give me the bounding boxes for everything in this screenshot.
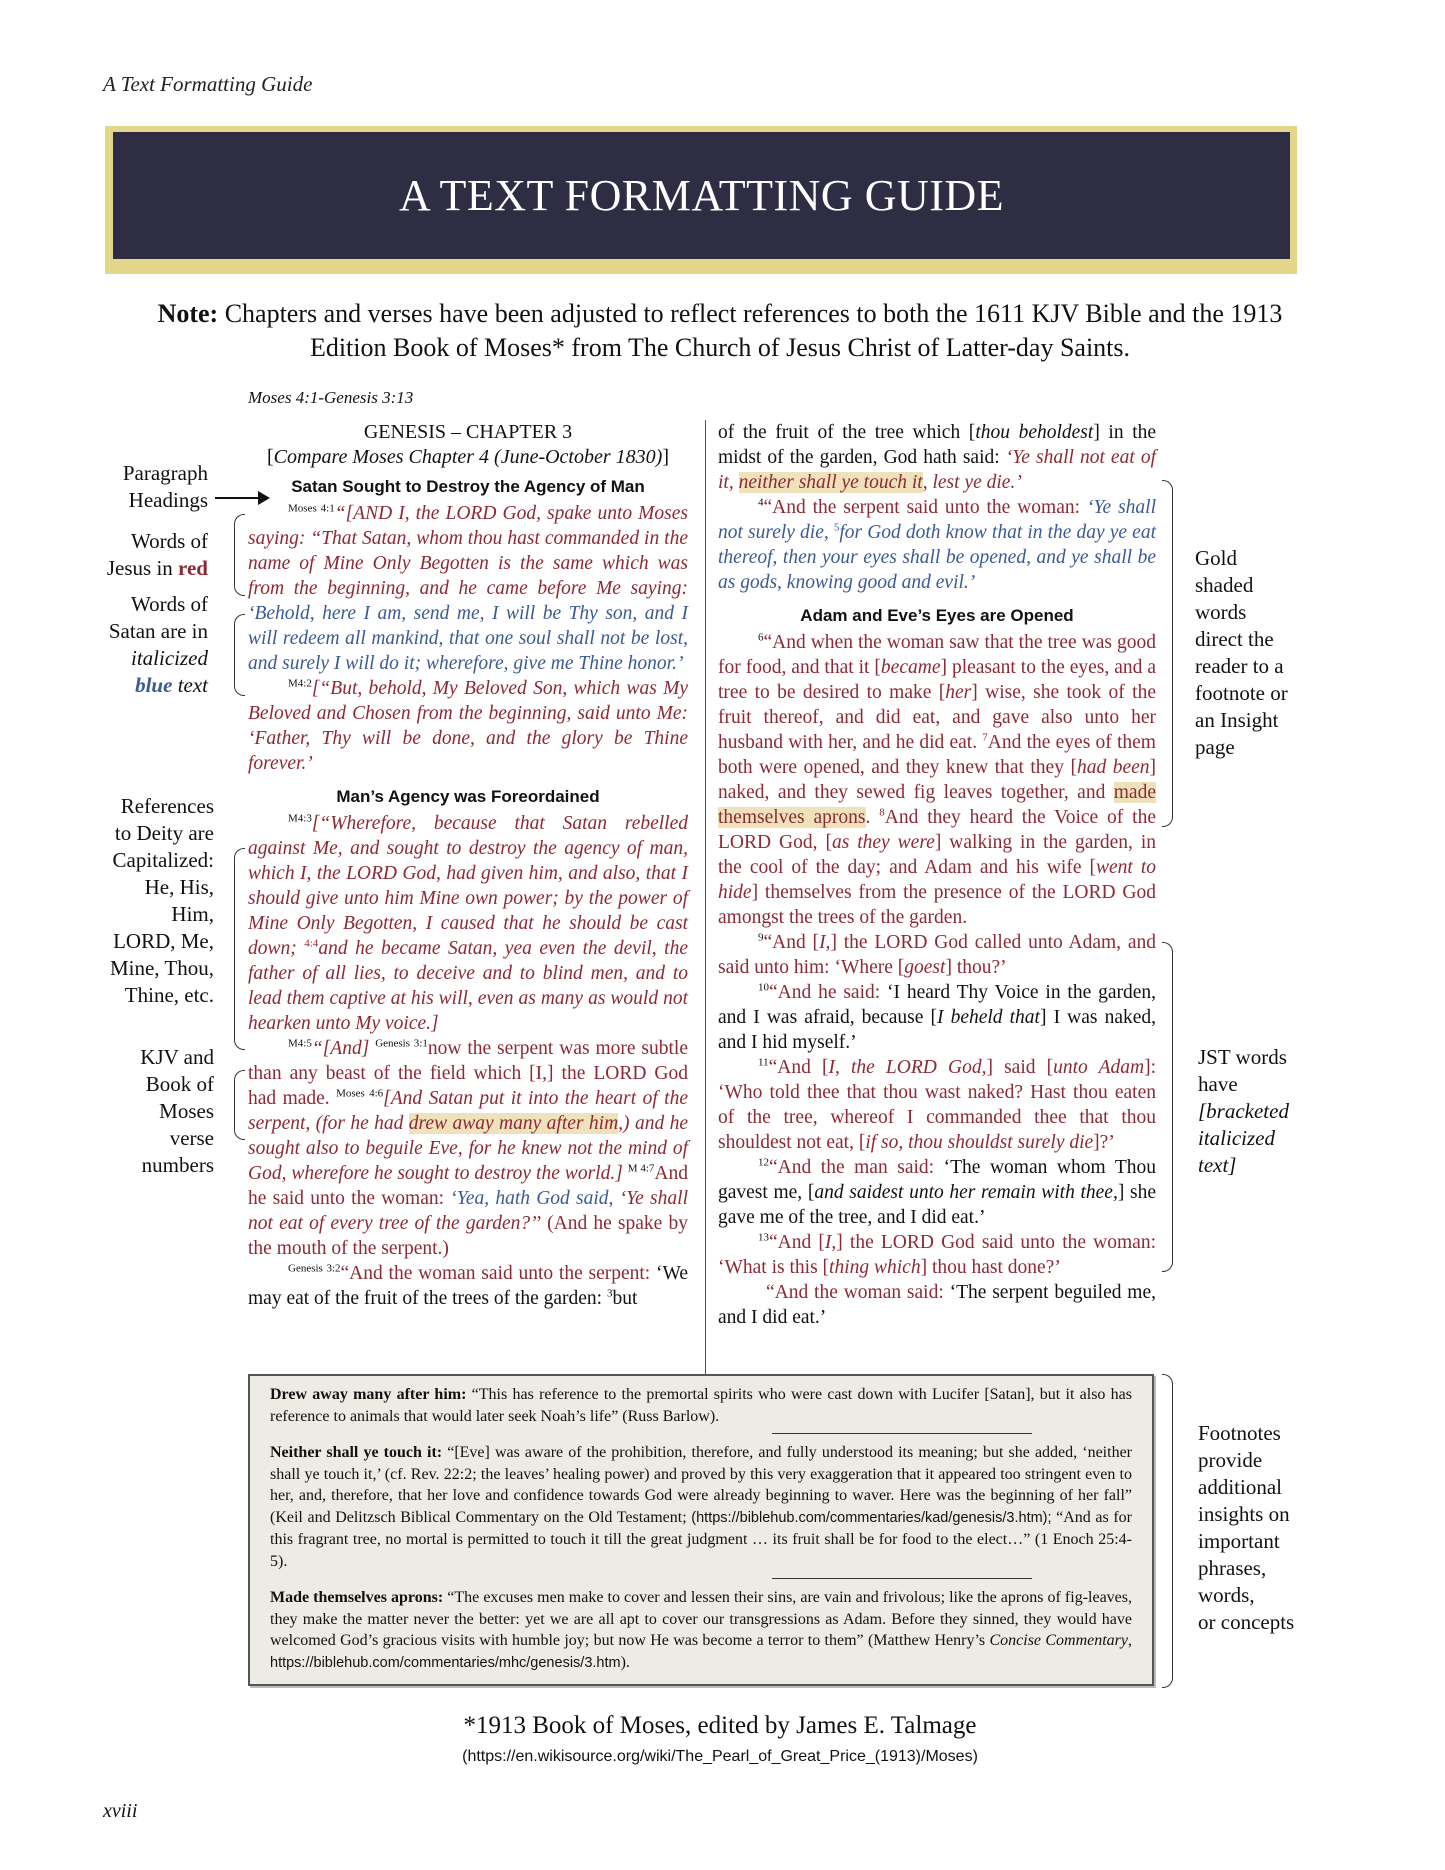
- verse-text-red: “And the woman said unto the serpent:: [341, 1263, 656, 1284]
- annotation-line: an Insight: [1195, 707, 1335, 734]
- verse-genesis-3-6: 6“And when the woman saw that the tree w…: [718, 630, 1156, 930]
- footnote-divider: [772, 1433, 1032, 1434]
- verse-number: Moses 4:6: [336, 1088, 383, 1100]
- annotation-words-of-satan: Words of Satan are in italicized blue te…: [80, 591, 208, 699]
- verse-moses-4-2: M4:2[“But, behold, My Beloved Son, which…: [248, 676, 688, 776]
- annotation-line: Mine, Thou,: [80, 955, 214, 982]
- annotation-verse-numbers: KJV and Book of Moses verse numbers: [90, 1044, 214, 1179]
- verse-genesis-3-12: 12“And the man said: ‘The woman whom Tho…: [718, 1155, 1156, 1230]
- brace-left-icon: [234, 614, 245, 696]
- verse-genesis-3-13b: “And the woman said: ‘The serpent beguil…: [718, 1280, 1156, 1330]
- verse-genesis-3-4: 4“And the serpent said unto the woman: ‘…: [718, 495, 1156, 595]
- annotation-words-of-jesus: Words of Jesus in red: [90, 528, 208, 582]
- brace-right-icon: [1162, 1374, 1173, 1688]
- footnote-item: Neither shall ye touch it: “[Eve] was aw…: [270, 1442, 1132, 1572]
- verse-genesis-3-10: 10“And he said: ‘I heard Thy Voice in th…: [718, 980, 1156, 1055]
- gold-shaded-phrase[interactable]: drew away many after him: [409, 1113, 618, 1134]
- verse-text-red: “[And]: [312, 1038, 375, 1059]
- jst-text: thou beholdest: [975, 422, 1093, 443]
- annotation-line: page: [1195, 734, 1335, 761]
- footnote-text: Concise Commentary: [989, 1632, 1128, 1649]
- verse-genesis-3-11: 11“And [I, the LORD God,] said [unto Ada…: [718, 1055, 1156, 1155]
- verse-text-red: ] themselves from the presence of the LO…: [718, 882, 1156, 928]
- verse-text: of the fruit of the tree which [: [718, 422, 975, 443]
- jst-text: I beheld that: [937, 1007, 1040, 1028]
- annotation-line: text: [178, 673, 208, 697]
- jst-text: unto Adam: [1053, 1057, 1144, 1078]
- intro-note: Note: Chapters and verses have been adju…: [120, 297, 1320, 365]
- left-column: GENESIS – CHAPTER 3 [Compare Moses Chapt…: [248, 420, 688, 1311]
- passage-range: Moses 4:1-Genesis 3:13: [248, 388, 413, 408]
- compare-text: Compare Moses Chapter 4 (June-October 18…: [274, 446, 663, 468]
- verse-text-red: “And he said:: [769, 982, 887, 1003]
- brace-left-icon: [234, 848, 245, 1050]
- verse-text-blue: ‘Yea, hath God said,: [450, 1188, 613, 1209]
- annotation-line: Words of: [80, 591, 208, 618]
- verse-text-red: ]?’: [1093, 1132, 1115, 1153]
- verse-text-red: ] thou?’: [945, 957, 1006, 978]
- verse-text-red: “And the man said:: [769, 1157, 944, 1178]
- verse-number: 4:4: [304, 938, 318, 950]
- annotation-line: Footnotes: [1198, 1420, 1348, 1447]
- annotation-line: KJV and: [90, 1044, 214, 1071]
- note-text: Chapters and verses have been adjusted t…: [225, 299, 1283, 362]
- bottom-url[interactable]: (https://en.wikisource.org/wiki/The_Pear…: [120, 1748, 1320, 1766]
- verse-text-blue: ‘Behold, here I am, send me, I will be T…: [248, 603, 688, 674]
- footnote-text: ,: [1128, 1632, 1132, 1649]
- paragraph-heading: Adam and Eve’s Eyes are Opened: [718, 603, 1156, 628]
- jst-text: I,: [819, 932, 830, 953]
- jst-text: and saidest unto her remain with thee,: [814, 1182, 1118, 1203]
- annotation-line: provide: [1198, 1447, 1348, 1474]
- annotation-line: have: [1198, 1071, 1338, 1098]
- annotation-line: direct the: [1195, 626, 1335, 653]
- gold-shaded-phrase[interactable]: neither shall ye touch it: [739, 472, 923, 493]
- annotation-line: italicized: [1198, 1125, 1338, 1152]
- annotation-line: reader to a: [1195, 653, 1335, 680]
- verse-text-red: ] thou hast done?’: [921, 1257, 1061, 1278]
- footnote-term: Neither shall ye touch it:: [270, 1444, 442, 1461]
- verse-text-red: “And the serpent said unto the woman:: [764, 497, 1087, 518]
- annotation-line: text]: [1198, 1152, 1338, 1179]
- annotation-gold-shaded: Gold shaded words direct the reader to a…: [1195, 545, 1335, 761]
- right-column: of the fruit of the tree which [thou beh…: [718, 420, 1156, 1330]
- verse-number: 13: [758, 1232, 769, 1244]
- verse-text-red: “And [: [769, 1232, 825, 1253]
- verse-text-red: .: [866, 807, 880, 828]
- annotation-line: words: [1195, 599, 1335, 626]
- page-number: xviii: [103, 1800, 137, 1823]
- brace-left-icon: [234, 514, 245, 596]
- annotation-footnotes: Footnotes provide additional insights on…: [1198, 1420, 1348, 1636]
- annotation-jst: JST words have [bracketed italicized tex…: [1198, 1044, 1338, 1179]
- verse-number: M 4:7: [628, 1163, 655, 1175]
- brace-right-icon: [1162, 942, 1173, 1272]
- verse-text-red: , lest ye die.’: [923, 472, 1022, 493]
- verse-text-red: [“But, behold, My Beloved Son, which was…: [248, 678, 688, 774]
- annotation-line: Capitalized:: [80, 847, 214, 874]
- annotation-line: References: [80, 793, 214, 820]
- annotation-line: italicized: [80, 645, 208, 672]
- jst-text: had been: [1077, 757, 1150, 778]
- verse-number: 12: [758, 1157, 769, 1169]
- verse-number: Genesis 3:1: [375, 1038, 428, 1050]
- verse-number: M4:3: [288, 813, 312, 825]
- annotation-line: Book of: [90, 1071, 214, 1098]
- bottom-note: *1913 Book of Moses, edited by James E. …: [120, 1712, 1320, 1740]
- verse-moses-4-1: Moses 4:1“[AND I, the LORD God, spake un…: [248, 501, 688, 676]
- verse-number: M4:2: [288, 678, 312, 690]
- annotation-line: footnote or: [1195, 680, 1335, 707]
- verse-genesis-3-3-cont: of the fruit of the tree which [thou beh…: [718, 420, 1156, 495]
- jst-text: I,: [825, 1232, 836, 1253]
- brace-left-icon: [234, 1070, 245, 1140]
- verse-genesis-3-9: 9“And [I,] the LORD God called unto Adam…: [718, 930, 1156, 980]
- verse-number: Moses 4:1: [288, 503, 335, 515]
- verse-text: but: [612, 1288, 637, 1309]
- bracket: ]: [662, 446, 669, 468]
- footnote-term: Drew away many after him:: [270, 1386, 466, 1403]
- chapter-compare: [Compare Moses Chapter 4 (June-October 1…: [248, 445, 688, 470]
- verse-number: 10: [758, 982, 769, 994]
- annotation-line: Satan are in: [80, 618, 208, 645]
- annotation-line: LORD, Me,: [80, 928, 214, 955]
- annotation-paragraph-headings: Paragraph Headings: [90, 460, 208, 514]
- annotation-red-word: red: [178, 556, 208, 580]
- verse-text-red: and he became Satan, yea even the devil,…: [248, 938, 688, 1034]
- paragraph-heading: Man’s Agency was Foreordained: [248, 784, 688, 809]
- jst-text: if so, thou shouldst surely die: [865, 1132, 1093, 1153]
- verse-text-red: “And [: [764, 932, 820, 953]
- verse-text-red: “[AND I, the LORD God, spake unto Moses …: [248, 503, 688, 599]
- annotation-line: to Deity are: [80, 820, 214, 847]
- verse-moses-4-3: M4:3[“Wherefore, because that Satan rebe…: [248, 811, 688, 1036]
- annotation-line: Jesus in: [107, 556, 173, 580]
- annotation-line: important: [1198, 1528, 1348, 1555]
- jst-text: as they were: [832, 832, 935, 853]
- verse-number: M4:5: [288, 1038, 312, 1050]
- paragraph-heading: Satan Sought to Destroy the Agency of Ma…: [248, 474, 688, 499]
- jst-text: thing which: [829, 1257, 921, 1278]
- annotation-deity: References to Deity are Capitalized: He,…: [80, 793, 214, 1009]
- annotation-line: insights on: [1198, 1501, 1348, 1528]
- verse-text-red: “And [: [769, 1057, 829, 1078]
- verse-text-red: “And the woman said:: [766, 1282, 950, 1303]
- annotation-line: or concepts: [1198, 1609, 1348, 1636]
- bracket: [: [267, 446, 274, 468]
- verse-text-red: ] said [: [986, 1057, 1053, 1078]
- annotation-line: words,: [1198, 1582, 1348, 1609]
- annotation-line: He, His,: [80, 874, 214, 901]
- chapter-title: GENESIS – CHAPTER 3: [248, 420, 688, 445]
- jst-text: her: [945, 682, 971, 703]
- verse-number: Genesis 3:2: [288, 1263, 341, 1275]
- annotation-line: [bracketed: [1198, 1098, 1338, 1125]
- footnote-text: ).: [621, 1654, 630, 1671]
- annotation-line: verse: [90, 1125, 214, 1152]
- annotation-line: JST words: [1198, 1044, 1338, 1071]
- annotation-line: phrases,: [1198, 1555, 1348, 1582]
- annotation-line: numbers: [90, 1152, 214, 1179]
- annotation-line: Him,: [80, 901, 214, 928]
- column-divider: [705, 420, 706, 1375]
- verse-genesis-3-13: 13“And [I,] the LORD God said unto the w…: [718, 1230, 1156, 1280]
- annotation-line: shaded: [1195, 572, 1335, 599]
- footnote-box: Drew away many after him: “This has refe…: [248, 1374, 1154, 1686]
- annotation-line: Gold: [1195, 545, 1335, 572]
- jst-text: I, the LORD God,: [828, 1057, 986, 1078]
- footnote-link[interactable]: (https://biblehub.com/commentaries/kad/g…: [691, 1510, 1051, 1526]
- verse-moses-4-5: M4:5“[And] Genesis 3:1now the serpent wa…: [248, 1036, 688, 1261]
- title-banner: A TEXT FORMATTING GUIDE: [113, 132, 1290, 259]
- running-head: A Text Formatting Guide: [103, 72, 312, 97]
- brace-right-icon: [1162, 480, 1173, 827]
- page-title: A TEXT FORMATTING GUIDE: [399, 170, 1004, 221]
- footnote-link[interactable]: https://biblehub.com/commentaries/mhc/ge…: [270, 1655, 621, 1671]
- jst-text: became: [881, 657, 941, 678]
- annotation-line: Words of: [90, 528, 208, 555]
- annotation-line: Moses: [90, 1098, 214, 1125]
- note-label: Note:: [158, 299, 219, 328]
- annotation-line: Thine, etc.: [80, 982, 214, 1009]
- footnote-item: Made themselves aprons: “The excuses men…: [270, 1587, 1132, 1674]
- footnote-divider: [772, 1578, 1032, 1579]
- footnote-item: Drew away many after him: “This has refe…: [270, 1384, 1132, 1427]
- verse-genesis-3-2: Genesis 3:2“And the woman said unto the …: [248, 1261, 688, 1311]
- annotation-blue-word: blue: [135, 673, 172, 697]
- verse-number: 11: [758, 1057, 769, 1069]
- jst-text: goest: [904, 957, 945, 978]
- annotation-line: additional: [1198, 1474, 1348, 1501]
- footnote-term: Made themselves aprons:: [270, 1589, 443, 1606]
